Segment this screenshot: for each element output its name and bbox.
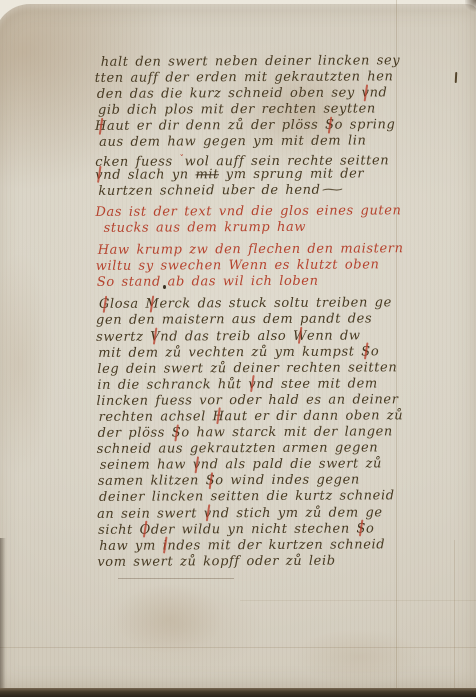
- text-line: So stand ab das wil ich loben: [96, 273, 430, 291]
- text-segment: ~: [319, 182, 347, 198]
- text-segment: erck das stuck soltu treiben ge: [159, 296, 392, 312]
- text-area: halt den swert neben deiner lincken seyt…: [95, 53, 432, 571]
- text-segment: seinem haw: [100, 458, 193, 473]
- text-segment: v: [193, 458, 201, 473]
- horizontal-crease: [0, 647, 476, 648]
- text-segment: nd slach yn: [103, 167, 195, 182]
- pen-trail-line: [118, 578, 234, 579]
- text-segment: o: [366, 521, 375, 536]
- text-segment: an sein swert: [97, 506, 204, 522]
- text-segment: gib dich plos mit der rechten seytten: [98, 102, 376, 118]
- text-segment: o: [371, 344, 380, 359]
- text-line: Haut er dir denn zů der plöss So spring: [95, 118, 429, 136]
- text-segment: vom swert zů kopff oder zů leib: [97, 553, 335, 569]
- text-segment: o spring: [335, 118, 396, 133]
- text-line: kurtzen schneid uber de hend ~: [95, 182, 429, 200]
- text-segment: haw ym: [99, 538, 162, 553]
- text-segment: tten auff der erden mit gekrautzten hen: [95, 69, 394, 86]
- text-line: halt den swert neben deiner lincken sey: [95, 53, 429, 71]
- text-line: stucks aus dem krump haw: [96, 219, 430, 237]
- text-segment: M: [145, 297, 159, 312]
- text-segment: aut er dir dann oben zů: [224, 408, 403, 424]
- text-line: in die schranck hůt vnd stee mit dem: [96, 376, 430, 394]
- text-line: aus dem haw gegen ym mit dem lin: [95, 134, 429, 152]
- text-segment: o wind indes gegen: [215, 473, 360, 489]
- text-segment: mit dem zů vechten zů ym kumpst: [98, 344, 361, 360]
- text-segment: v: [204, 506, 212, 521]
- text-segment: S: [172, 425, 182, 440]
- photo-frame: halt den swert neben deiner lincken seyt…: [0, 0, 476, 697]
- text-segment: kurtzen schneid uber de hend: [98, 182, 327, 198]
- text-segment: i: [163, 538, 168, 553]
- text-segment: in die schranck hůt: [97, 377, 248, 393]
- text-line: cken fuess ˇwol auff sein rechte seitten: [95, 150, 429, 168]
- text-segment: den das die kurz schneid oben sey: [97, 86, 362, 102]
- text-segment: sicht: [98, 522, 140, 537]
- text-line: gen den maistern aus dem pandt des: [96, 312, 430, 330]
- text-segment: leg dein swert zů deiner rechten seitten: [97, 360, 397, 377]
- text-segment: aus dem haw gegen ym mit dem lin: [99, 134, 366, 150]
- text-segment: lincken fuess vor oder hald es an deiner: [96, 392, 398, 409]
- paper-stain: [294, 629, 424, 684]
- horizontal-crease: [240, 600, 476, 601]
- text-line: rechten achsel Haut er dir dann oben zů: [97, 408, 431, 426]
- text-segment: V: [150, 329, 160, 344]
- text-line: der plöss So haw starck mit der langen: [97, 424, 431, 442]
- text-line: leg dein swert zů deiner rechten seitten: [96, 360, 430, 378]
- text-segment: losa: [110, 297, 146, 312]
- text-segment: deiner lincken seitten die kurtz schneid: [99, 489, 395, 506]
- text-segment: wiltu sy swechen Wenn es klutzt oben: [96, 258, 380, 274]
- text-segment: nd: [370, 86, 388, 101]
- text-line: sicht Oder wildu yn nicht stechen So: [97, 521, 431, 539]
- text-segment: Das ist der text vnd die glos eines gute…: [95, 203, 401, 220]
- rubric-heading: Das ist der text vnd die glos eines gute…: [95, 203, 429, 237]
- text-segment: schneid aus gekrautzten armen gegen: [97, 441, 379, 457]
- text-segment: H: [213, 409, 225, 424]
- text-line: seinem haw vnd als pald die swert zů: [97, 456, 431, 474]
- text-segment: O: [140, 522, 151, 537]
- text-segment: Haw krump zw den flechen den maistern: [98, 241, 404, 258]
- text-segment: o haw starck mit der langen: [181, 424, 393, 440]
- text-segment: rechten achsel: [99, 409, 213, 425]
- text-segment: ndes mit der kurtzen schneid: [167, 537, 385, 553]
- text-line: deiner lincken seitten die kurtz schneid: [97, 489, 431, 507]
- text-line: wiltu sy swechen Wenn es klutzt oben: [96, 257, 430, 275]
- text-segment: S: [206, 474, 216, 489]
- rubric-verse: Haw krump zw den flechen den maisternwil…: [96, 241, 430, 291]
- text-segment: der wildu yn nicht stechen: [151, 521, 357, 537]
- text-line: samen klitzen So wind indes gegen: [97, 472, 431, 490]
- text-line: swertz Vnd das treib also Wenn dw: [96, 328, 430, 346]
- page-bottom-edge: [0, 688, 476, 697]
- text-segment: der plöss: [98, 426, 172, 441]
- text-line: Das ist der text vnd die glos eines gute…: [95, 203, 429, 221]
- text-segment: S: [356, 521, 366, 536]
- paper-stain: [114, 584, 224, 654]
- text-segment: G: [99, 297, 110, 312]
- text-segment: enn dw: [307, 328, 361, 343]
- text-line: Haw krump zw den flechen den maistern: [96, 241, 430, 259]
- text-segment: W: [293, 328, 307, 343]
- text-segment: v: [248, 377, 256, 392]
- text-segment: halt den swert neben deiner lincken sey: [101, 53, 401, 70]
- text-line: an sein swert vnd stich ym zů dem ge: [97, 505, 431, 523]
- text-line: haw ym indes mit der kurtzen schneid: [97, 537, 431, 555]
- text-line: den das die kurz schneid oben sey vnd: [95, 85, 429, 103]
- text-segment: H: [95, 119, 107, 134]
- text-segment: nd das treib also: [160, 328, 293, 344]
- text-line: Glosa Merck das stuck soltu treiben ge: [96, 295, 430, 313]
- paper-stain: [0, 254, 54, 474]
- text-line: vnd slach yn mit ym sprung mit der: [95, 166, 429, 184]
- top-right-corner-shadow: [465, 0, 476, 13]
- text-segment: aut er dir denn zů der plöss: [107, 118, 325, 134]
- text-line: lincken fuess vor oder hald es an deiner: [96, 392, 430, 410]
- text-segment: nd stee mit dem: [256, 376, 378, 392]
- text-segment: nd als pald die swert zů: [201, 457, 382, 473]
- text-segment: S: [361, 344, 371, 359]
- text-segment: nd stich ym zů dem ge: [212, 505, 383, 521]
- text-line: tten auff der erden mit gekrautzten hen: [95, 69, 429, 87]
- text-segment: swertz: [96, 329, 150, 344]
- gloss-paragraph: Glosa Merck das stuck soltu treiben gege…: [96, 295, 431, 570]
- vertical-crease: [454, 540, 455, 688]
- text-segment: ym sprung mit der: [219, 166, 364, 182]
- text-segment: v: [362, 86, 370, 101]
- text-segment: S: [325, 118, 335, 133]
- text-segment: stucks aus dem krump haw: [104, 220, 307, 236]
- text-segment: v: [95, 167, 103, 182]
- text-line: mit dem zů vechten zů ym kumpst So: [96, 344, 430, 362]
- text-segment: So stand ab das wil ich loben: [97, 274, 319, 290]
- text-line: vom swert zů kopff oder zů leib: [97, 553, 431, 571]
- text-segment: samen klitzen: [98, 474, 206, 490]
- text-paragraph-krumphau-play: halt den swert neben deiner lincken seyt…: [95, 53, 430, 200]
- text-segment: gen den maistern aus dem pandt des: [96, 312, 372, 328]
- text-segment: mit: [195, 167, 219, 182]
- page-left-edge-shadow: [0, 538, 6, 688]
